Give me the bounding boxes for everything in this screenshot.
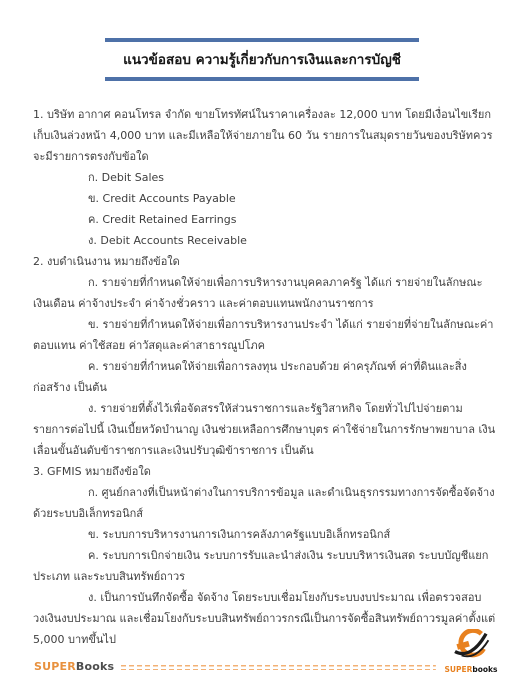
question-2-option-d: ง. รายจ่ายที่ตั้งไว้เพื่อจัดสรรให้ส่วนรา… bbox=[33, 398, 498, 461]
question-1-text: 1. บริษัท อากาศ คอนโทรล จำกัด ขายโทรทัศน… bbox=[33, 104, 498, 167]
page-footer: SUPERBooks SUPERbooks bbox=[34, 629, 499, 674]
question-1-option-a: ก. Debit Sales bbox=[33, 167, 498, 188]
superbooks-logo: SUPERbooks bbox=[443, 629, 499, 674]
question-2-option-c: ค. รายจ่ายที่กำหนดให้จ่ายเพื่อการลงทุน ป… bbox=[33, 356, 498, 398]
question-1-option-b: ข. Credit Accounts Payable bbox=[33, 188, 498, 209]
footer-dashed-rule bbox=[121, 665, 436, 670]
document-page: แนวข้อสอบ ความรู้เกี่ยวกับการเงินและการบ… bbox=[0, 0, 529, 692]
question-3-option-b: ข. ระบบการบริหารงานการเงินการคลังภาครัฐแ… bbox=[33, 524, 498, 545]
title-block: แนวข้อสอบ ความรู้เกี่ยวกับการเงินและการบ… bbox=[105, 38, 419, 81]
question-2-option-a: ก. รายจ่ายที่กำหนดให้จ่ายเพื่อการบริหารง… bbox=[33, 272, 498, 314]
question-1-option-c: ค. Credit Retained Earrings bbox=[33, 209, 498, 230]
question-2-option-b: ข. รายจ่ายที่กำหนดให้จ่ายเพื่อการบริหารง… bbox=[33, 314, 498, 356]
question-3-option-a: ก. ศูนย์กลางที่เป็นหน้าต่างในการบริการข้… bbox=[33, 482, 498, 524]
superbooks-logo-icon bbox=[452, 629, 490, 665]
page-title: แนวข้อสอบ ความรู้เกี่ยวกับการเงินและการบ… bbox=[105, 42, 419, 77]
superbooks-wordmark: SUPERBooks bbox=[34, 661, 114, 673]
questions-section: 1. บริษัท อากาศ คอนโทรล จำกัด ขายโทรทัศน… bbox=[33, 104, 498, 650]
question-1-option-d: ง. Debit Accounts Receivable bbox=[33, 230, 498, 251]
question-3-text: 3. GFMIS หมายถึงข้อใด bbox=[33, 461, 498, 482]
wordmark-super: SUPER bbox=[34, 660, 76, 673]
logo-wordmark-books: books bbox=[472, 665, 497, 674]
logo-wordmark: SUPERbooks bbox=[444, 666, 497, 674]
wordmark-books: Books bbox=[76, 660, 114, 673]
question-3-option-c: ค. ระบบการเบิกจ่ายเงิน ระบบการรับและนำส่… bbox=[33, 545, 498, 587]
logo-wordmark-super: SUPER bbox=[444, 665, 472, 674]
question-2-text: 2. งบดำเนินงาน หมายถึงข้อใด bbox=[33, 251, 498, 272]
title-bottom-rule bbox=[105, 77, 419, 81]
